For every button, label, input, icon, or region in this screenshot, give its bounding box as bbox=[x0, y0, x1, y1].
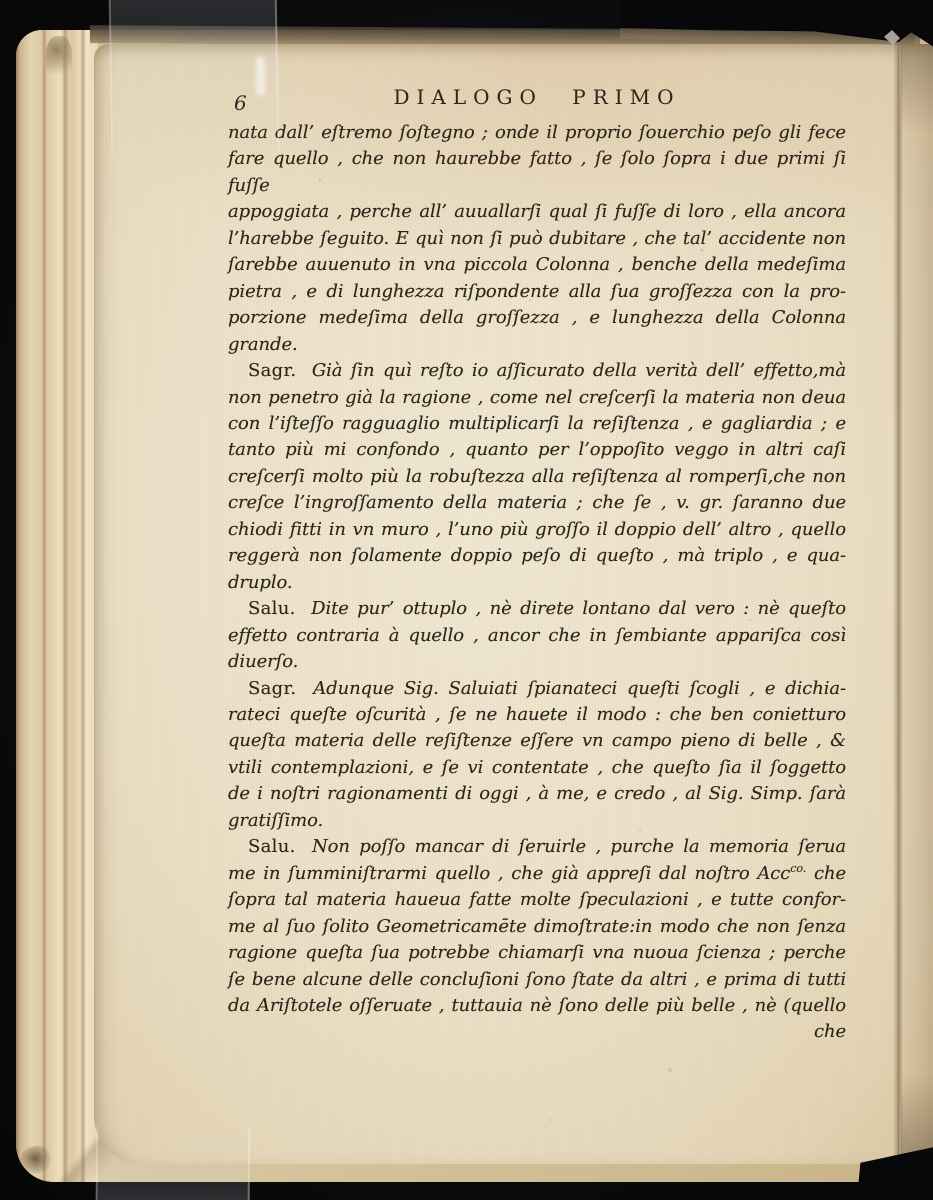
line-text: Non poſſo mancar di ſeruirle , purche la… bbox=[312, 836, 846, 857]
line-text: reggerà non ſolamente doppio peſo di que… bbox=[228, 545, 846, 566]
text-line: reggerà non ſolamente doppio peſo di que… bbox=[228, 543, 846, 569]
fore-edge-panel bbox=[901, 44, 933, 1164]
text-line: appoggiata , perche all’ auuallarſi qual… bbox=[228, 199, 846, 225]
text-line: creſcerſi molto più la robuſtezza alla r… bbox=[228, 464, 846, 490]
text-line: grande. bbox=[228, 332, 846, 358]
speaker-label: Sagr. bbox=[248, 678, 296, 699]
acetate-strip-top bbox=[109, 0, 280, 153]
line-text: fare quello , che non haurebbe fatto , ſ… bbox=[228, 148, 846, 195]
scan-background: 6 DIALOGO PRIMO nata dall’ eſtremo ſoſte… bbox=[0, 0, 933, 1200]
text-line: Sagr. Già ſin quì reſto io aſſicurato de… bbox=[228, 358, 846, 384]
text-line: queſta materia delle reſiſtenze eſſere v… bbox=[228, 728, 846, 754]
line-text: Dite pur’ ottuplo , nè direte lontano da… bbox=[311, 598, 846, 619]
line-text: ragione queſta ſua potrebbe chiamarſi vn… bbox=[228, 942, 846, 963]
line-text: ſe bene alcune delle concluſioni ſono ſt… bbox=[228, 969, 846, 990]
line-text: che bbox=[814, 1021, 846, 1042]
text-line: non penetro già la ragione , come nel cr… bbox=[228, 385, 846, 411]
text-line: nata dall’ eſtremo ſoſtegno ; onde il pr… bbox=[228, 120, 846, 146]
text-line: ragione queſta ſua potrebbe chiamarſi vn… bbox=[228, 940, 846, 966]
text-line: tanto più mi confondo , quanto per l’opp… bbox=[228, 437, 846, 463]
text-line: druplo. bbox=[228, 570, 846, 596]
line-text: appoggiata , perche all’ auuallarſi qual… bbox=[228, 201, 846, 222]
line-text: me in ſumminiſtrarmi quello , che già ap… bbox=[228, 863, 846, 884]
text-line: Sagr. Adunque Sig. Saluiati ſpianateci q… bbox=[228, 676, 846, 702]
running-header: DIALOGO PRIMO bbox=[228, 85, 846, 109]
line-text: effetto contraria à quello , ancor che i… bbox=[228, 625, 846, 646]
line-text: pietra , e di lunghezza riſpondente alla… bbox=[228, 281, 846, 302]
text-line: ſarebbe auuenuto in vna piccola Colonna … bbox=[228, 252, 846, 278]
text-line: porzione medeſima della groſſezza , e lu… bbox=[228, 305, 846, 331]
text-line: diuerſo. bbox=[228, 649, 846, 675]
text-line: Salu. Dite pur’ ottuplo , nè direte lont… bbox=[228, 596, 846, 622]
line-text: nata dall’ eſtremo ſoſtegno ; onde il pr… bbox=[228, 122, 846, 143]
text-line: chiodi fitti in vn muro , l’uno più groſ… bbox=[228, 517, 846, 543]
text-line: con l’iſteſſo ragguaglio multiplicarſi l… bbox=[228, 411, 846, 437]
book-spine-edges bbox=[16, 30, 98, 1182]
text-line: ſe bene alcune delle concluſioni ſono ſt… bbox=[228, 967, 846, 993]
line-text: l’harebbe ſeguito. E quì non ſi può dubi… bbox=[228, 228, 846, 249]
text-line: vtili contemplazioni, e ſe vi contentate… bbox=[228, 755, 846, 781]
acetate-reflection bbox=[256, 56, 266, 96]
line-text: me al ſuo ſolito Geometricamēte dimoſtra… bbox=[228, 916, 846, 937]
line-text: da Ariſtotele oſſeruate , tuttauia nè ſo… bbox=[228, 995, 846, 1016]
text-line: ſopra tal materia haueua fatte molte ſpe… bbox=[228, 887, 846, 913]
line-text: rateci queſte oſcurità , ſe ne hauete il… bbox=[228, 704, 846, 725]
text-line: fare quello , che non haurebbe fatto , ſ… bbox=[228, 146, 846, 199]
speaker-label: Salu. bbox=[248, 598, 296, 619]
text-line: me in ſumminiſtrarmi quello , che già ap… bbox=[228, 861, 846, 887]
text-line: da Ariſtotele oſſeruate , tuttauia nè ſo… bbox=[228, 993, 846, 1019]
text-line: effetto contraria à quello , ancor che i… bbox=[228, 623, 846, 649]
text-line: de i noſtri ragionamenti di oggi , à me,… bbox=[228, 781, 846, 807]
line-text: creſce l’ingroſſamento della materia ; c… bbox=[228, 492, 846, 513]
line-text: tanto più mi confondo , quanto per l’opp… bbox=[228, 439, 846, 460]
line-text: porzione medeſima della groſſezza , e lu… bbox=[228, 307, 846, 328]
text-line: rateci queſte oſcurità , ſe ne hauete il… bbox=[228, 702, 846, 728]
line-text: queſta materia delle reſiſtenze eſſere v… bbox=[228, 730, 846, 751]
line-text: creſcerſi molto più la robuſtezza alla r… bbox=[228, 466, 846, 487]
line-text: non penetro già la ragione , come nel cr… bbox=[228, 387, 846, 408]
text-line: me al ſuo ſolito Geometricamēte dimoſtra… bbox=[228, 914, 846, 940]
line-text: chiodi fitti in vn muro , l’uno più groſ… bbox=[228, 519, 846, 540]
line-text: ſopra tal materia haueua fatte molte ſpe… bbox=[228, 889, 846, 910]
speaker-label: Sagr. bbox=[248, 360, 296, 381]
binding-corner-top bbox=[46, 36, 72, 82]
text-line: pietra , e di lunghezza riſpondente alla… bbox=[228, 279, 846, 305]
line-text: druplo. bbox=[228, 572, 293, 593]
line-text: ſarebbe auuenuto in vna piccola Colonna … bbox=[228, 254, 846, 275]
line-text: Già ſin quì reſto io aſſicurato della ve… bbox=[312, 360, 846, 381]
book-page: 6 DIALOGO PRIMO nata dall’ eſtremo ſoſte… bbox=[94, 44, 933, 1164]
line-text: gratiſſimo. bbox=[228, 810, 323, 831]
line-text: de i noſtri ragionamenti di oggi , à me,… bbox=[228, 783, 846, 804]
text-line: creſce l’ingroſſamento della materia ; c… bbox=[228, 490, 846, 516]
text-line: Salu. Non poſſo mancar di ſeruirle , pur… bbox=[228, 834, 846, 860]
text-line: l’harebbe ſeguito. E quì non ſi può dubi… bbox=[228, 226, 846, 252]
line-text: con l’iſteſſo ragguaglio multiplicarſi l… bbox=[228, 413, 846, 434]
text-block: nata dall’ eſtremo ſoſtegno ; onde il pr… bbox=[228, 120, 846, 1046]
speaker-label: Salu. bbox=[248, 836, 296, 857]
line-text: diuerſo. bbox=[228, 651, 298, 672]
line-text: grande. bbox=[228, 334, 298, 355]
text-line: gratiſſimo. bbox=[228, 808, 846, 834]
line-text: vtili contemplazioni, e ſe vi contentate… bbox=[228, 757, 846, 778]
acetate-strip-bottom bbox=[96, 1125, 251, 1200]
text-line: che bbox=[228, 1019, 846, 1045]
line-text: Adunque Sig. Saluiati ſpianateci queſti … bbox=[313, 678, 846, 699]
